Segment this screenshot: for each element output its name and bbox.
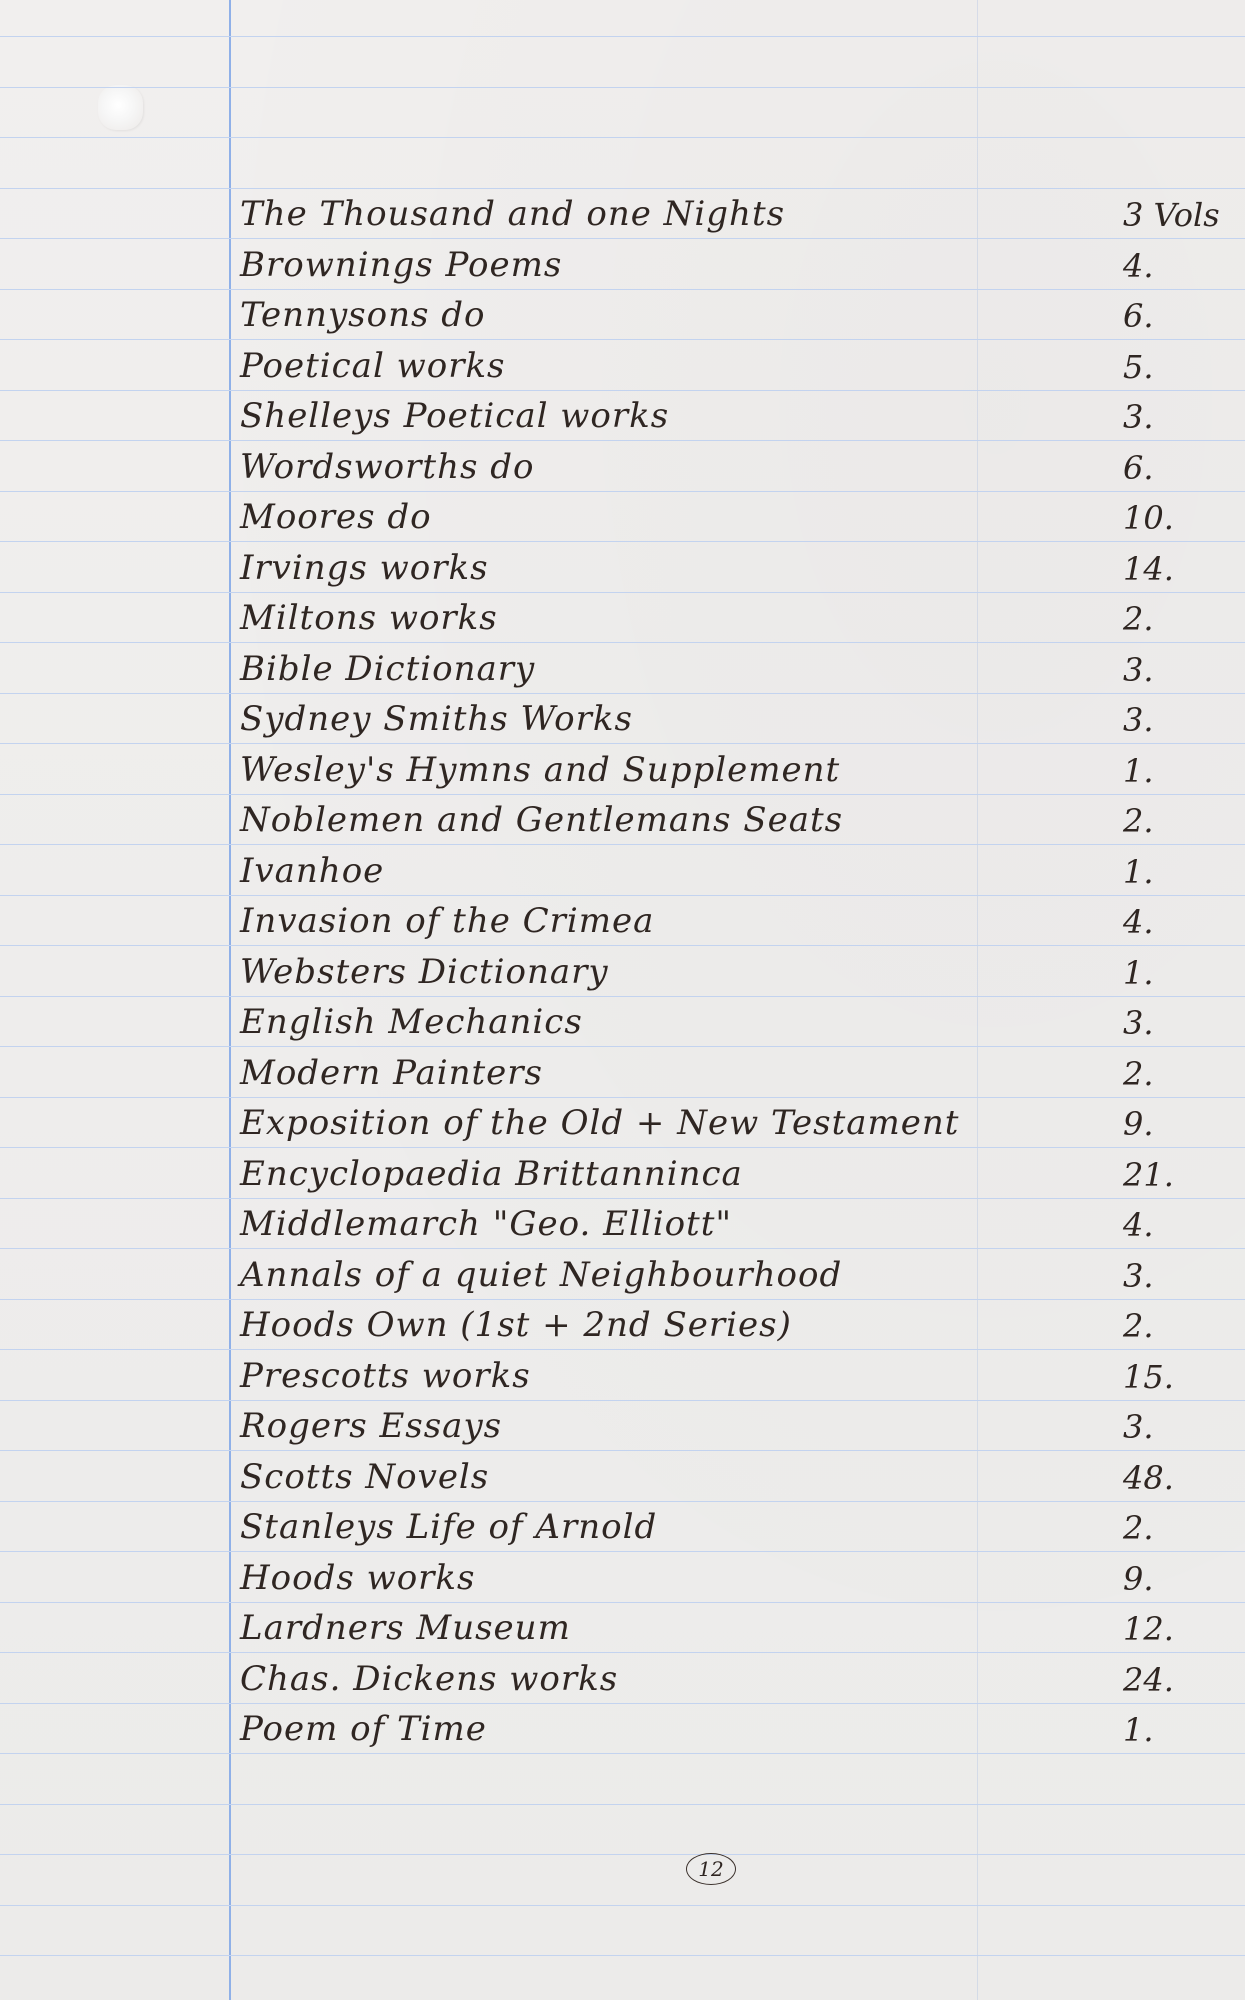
volume-count: 1. xyxy=(1109,954,1233,992)
volume-count: 4. xyxy=(1109,1206,1233,1244)
book-title: Ivanhoe xyxy=(240,851,384,891)
ruled-line xyxy=(0,87,1245,88)
list-item: Hoods Own (1st + 2nd Series)2. xyxy=(0,1299,1245,1349)
volume-count: 3. xyxy=(1109,701,1233,739)
volume-count: 24. xyxy=(1109,1661,1233,1699)
book-title: Scotts Novels xyxy=(240,1457,489,1497)
list-item: Hoods works9. xyxy=(0,1552,1245,1602)
volume-count: 3. xyxy=(1109,1408,1233,1446)
volume-count: 1. xyxy=(1109,1711,1233,1749)
paper-emboss-mark xyxy=(98,85,143,130)
ledger-page: The Thousand and one Nights3 VolsBrownin… xyxy=(0,0,1245,2000)
book-title: Miltons works xyxy=(240,598,498,638)
book-title: English Mechanics xyxy=(240,1002,583,1042)
book-title: Wesley's Hymns and Supplement xyxy=(240,750,840,790)
ruled-line xyxy=(0,1804,1245,1805)
volume-count: 2. xyxy=(1109,600,1233,638)
volume-count: 3. xyxy=(1109,1257,1233,1295)
ruled-line xyxy=(0,36,1245,37)
list-item: The Thousand and one Nights3 Vols xyxy=(0,188,1245,238)
list-item: Moores do10. xyxy=(0,491,1245,541)
list-item: Middlemarch "Geo. Elliott"4. xyxy=(0,1198,1245,1248)
list-item: Miltons works2. xyxy=(0,592,1245,642)
list-item: Encyclopaedia Brittanninca21. xyxy=(0,1148,1245,1198)
list-item: Brownings Poems4. xyxy=(0,239,1245,289)
list-item: Ivanhoe1. xyxy=(0,845,1245,895)
book-title: Shelleys Poetical works xyxy=(240,396,669,436)
ruled-line xyxy=(0,1905,1245,1906)
list-item: Wordsworths do6. xyxy=(0,441,1245,491)
volume-count: 3. xyxy=(1109,1004,1233,1042)
book-title: Wordsworths do xyxy=(240,447,534,487)
list-item: Invasion of the Crimea4. xyxy=(0,895,1245,945)
list-item: Annals of a quiet Neighbourhood3. xyxy=(0,1249,1245,1299)
book-title: Poetical works xyxy=(240,346,506,386)
list-item: Sydney Smiths Works3. xyxy=(0,693,1245,743)
volume-count: 12. xyxy=(1109,1610,1233,1648)
list-item: Bible Dictionary3. xyxy=(0,643,1245,693)
volume-count: 2. xyxy=(1109,1509,1233,1547)
book-title: Encyclopaedia Brittanninca xyxy=(240,1154,743,1194)
book-title: Stanleys Life of Arnold xyxy=(240,1507,657,1547)
book-title: Websters Dictionary xyxy=(240,952,609,992)
list-item: Poetical works5. xyxy=(0,340,1245,390)
book-title: Annals of a quiet Neighbourhood xyxy=(240,1255,842,1295)
volume-count: 4. xyxy=(1109,903,1233,941)
volume-count: 9. xyxy=(1109,1560,1233,1598)
volume-count: 2. xyxy=(1109,802,1233,840)
list-item: Scotts Novels48. xyxy=(0,1451,1245,1501)
list-item: Exposition of the Old + New Testament9. xyxy=(0,1097,1245,1147)
volume-count: 3. xyxy=(1109,651,1233,689)
list-item: Shelleys Poetical works3. xyxy=(0,390,1245,440)
volume-count: 2. xyxy=(1109,1055,1233,1093)
volume-count: 5. xyxy=(1109,348,1233,386)
book-title: Middlemarch "Geo. Elliott" xyxy=(240,1204,732,1244)
book-title: Moores do xyxy=(240,497,432,537)
volume-count: 9. xyxy=(1109,1105,1233,1143)
book-title: Sydney Smiths Works xyxy=(240,699,633,739)
book-title: Prescotts works xyxy=(240,1356,531,1396)
book-title: Modern Painters xyxy=(240,1053,543,1093)
list-item: English Mechanics3. xyxy=(0,996,1245,1046)
list-item: Wesley's Hymns and Supplement1. xyxy=(0,744,1245,794)
volume-count: 48. xyxy=(1109,1459,1233,1497)
book-title: Bible Dictionary xyxy=(240,649,535,689)
book-title: Lardners Museum xyxy=(240,1608,571,1648)
volume-count: 3. xyxy=(1109,398,1233,436)
volume-count: 1. xyxy=(1109,853,1233,891)
book-title: Tennysons do xyxy=(240,295,485,335)
book-title: The Thousand and one Nights xyxy=(240,194,785,234)
book-title: Hoods works xyxy=(240,1558,476,1598)
list-item: Chas. Dickens works24. xyxy=(0,1653,1245,1703)
list-item: Stanleys Life of Arnold2. xyxy=(0,1501,1245,1551)
book-title: Rogers Essays xyxy=(240,1406,502,1446)
volume-count: 6. xyxy=(1109,297,1233,335)
volume-count: 4. xyxy=(1109,247,1233,285)
ruled-line xyxy=(0,1955,1245,1956)
list-item: Prescotts works15. xyxy=(0,1350,1245,1400)
volume-count: 6. xyxy=(1109,449,1233,487)
book-title: Chas. Dickens works xyxy=(240,1659,618,1699)
volume-count: 1. xyxy=(1109,752,1233,790)
list-item: Rogers Essays3. xyxy=(0,1400,1245,1450)
book-title: Invasion of the Crimea xyxy=(240,901,654,941)
volume-count: 10. xyxy=(1109,499,1233,537)
list-item: Noblemen and Gentlemans Seats2. xyxy=(0,794,1245,844)
book-title: Brownings Poems xyxy=(240,245,562,285)
volume-count: 14. xyxy=(1109,550,1233,588)
list-item: Websters Dictionary1. xyxy=(0,946,1245,996)
list-item: Irvings works14. xyxy=(0,542,1245,592)
book-title: Poem of Time xyxy=(240,1709,487,1749)
ruled-line xyxy=(0,1753,1245,1754)
book-title: Hoods Own (1st + 2nd Series) xyxy=(240,1305,792,1345)
page-number: 12 xyxy=(686,1853,736,1885)
ruled-line xyxy=(0,137,1245,138)
book-title: Noblemen and Gentlemans Seats xyxy=(240,800,843,840)
list-item: Tennysons do6. xyxy=(0,289,1245,339)
volume-count: 15. xyxy=(1109,1358,1233,1396)
book-title: Irvings works xyxy=(240,548,489,588)
volume-count: 21. xyxy=(1109,1156,1233,1194)
volume-count: 3 Vols xyxy=(1109,196,1233,234)
volume-count: 2. xyxy=(1109,1307,1233,1345)
book-title: Exposition of the Old + New Testament xyxy=(240,1103,959,1143)
list-item: Lardners Museum12. xyxy=(0,1602,1245,1652)
ruled-line xyxy=(0,1854,1245,1855)
list-item: Poem of Time1. xyxy=(0,1703,1245,1753)
list-item: Modern Painters2. xyxy=(0,1047,1245,1097)
